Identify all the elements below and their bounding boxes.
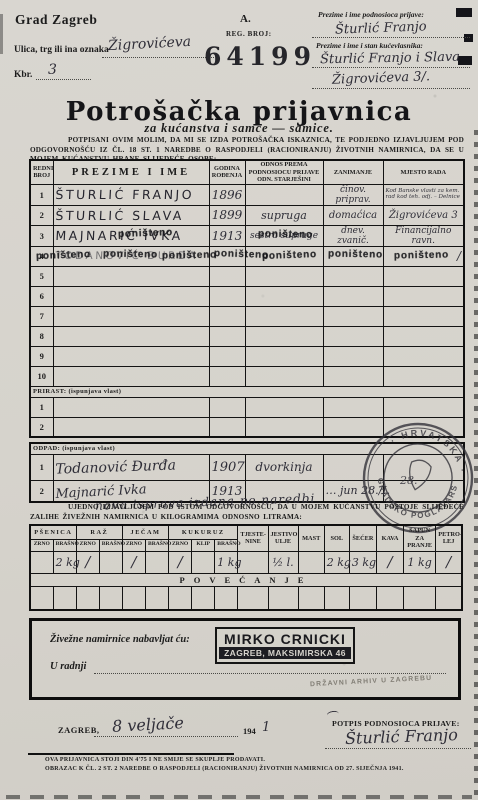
sub-brasno: BRAŠNO xyxy=(53,539,76,551)
supply-value xyxy=(30,551,53,573)
increase-row: POVEĆANJE xyxy=(30,573,462,586)
col-secer: ŠEĆER xyxy=(349,525,376,551)
dotted-line xyxy=(102,57,214,58)
supply-value: 2 kg xyxy=(324,551,349,573)
supply-value xyxy=(99,551,122,573)
row-number: 2 xyxy=(30,480,53,502)
empty-cell xyxy=(245,366,323,386)
empty-cell xyxy=(323,286,383,306)
row-number: 7 xyxy=(30,306,53,326)
row-number: 8 xyxy=(30,326,53,346)
persons-table: REDNI BROJ PREZIME I IME GODINA ROĐENJA … xyxy=(29,159,465,438)
owner-name-handwriting: Šturlić Franjo i Slava xyxy=(320,50,460,67)
table-row: 7 xyxy=(30,306,464,326)
supply-value: 1 kg xyxy=(215,551,238,573)
pen-mark xyxy=(327,710,340,719)
col-tjestenine: TJESTE-NINE xyxy=(238,525,268,551)
empty-cell xyxy=(245,306,323,326)
retailer-rubber-stamp: MIRKO CRNICKI ZAGREB, MAKSIMIRSKA 46 xyxy=(215,627,355,664)
dotted-line xyxy=(94,736,238,737)
row-number: 9 xyxy=(30,346,53,366)
occupation: činov. priprav. xyxy=(323,184,383,205)
relation xyxy=(245,184,323,205)
shop-label: U radnji xyxy=(50,661,86,672)
col-sapun: SAPUN ZA PRANJE xyxy=(404,525,436,551)
empty-cell xyxy=(349,586,376,610)
street-value-handwriting: Žigrovićeva xyxy=(108,34,192,54)
workplace: Financijalno ravn. xyxy=(383,225,464,246)
cancellation-stamp: poništeno xyxy=(103,249,158,261)
row-number: 1 xyxy=(30,184,53,205)
empty-cell xyxy=(209,306,245,326)
empty-cell xyxy=(209,417,245,437)
empty-cell xyxy=(30,586,53,610)
table-row: 8 xyxy=(30,326,464,346)
empty-cell xyxy=(245,266,323,286)
supply-value: / xyxy=(376,551,403,573)
col-header-year: GODINA ROĐENJA xyxy=(209,160,245,184)
table-row: 1 ŠTURLIĆ FRANJO 1896 činov. priprav. Ko… xyxy=(30,184,464,205)
dotted-line xyxy=(94,673,446,674)
person-name: ŠTURLIĆ FRANJO xyxy=(52,184,209,205)
footnote-regulation: OBRAZAC K ČL. 2 ST. 2 NAREDBE O RASPODJE… xyxy=(45,766,404,772)
empty-cell xyxy=(238,586,268,610)
birth-year: 1896 xyxy=(209,184,245,205)
empty-cell xyxy=(324,586,349,610)
house-number-handwriting: 3 xyxy=(48,62,57,78)
empty-cell xyxy=(383,397,464,417)
workplace: Žigrovićeva 3 xyxy=(383,205,464,225)
dotted-line xyxy=(312,67,470,68)
empty-cell xyxy=(209,346,245,366)
row-number: 6 xyxy=(30,286,53,306)
cancellation-stamp: poništeno xyxy=(394,250,449,262)
empty-cell xyxy=(209,286,245,306)
empty-cell xyxy=(53,366,209,386)
city-name: Grad Zagreb xyxy=(15,12,97,28)
cancellation-stamp: poništeno xyxy=(258,229,313,241)
col-mast: MAST xyxy=(298,525,324,551)
empty-cell xyxy=(76,586,99,610)
empty-cell xyxy=(169,586,192,610)
empty-cell xyxy=(53,586,76,610)
empty-cell xyxy=(298,586,324,610)
empty-cell xyxy=(376,586,403,610)
persons-header-row: REDNI BROJ PREZIME I IME GODINA ROĐENJA … xyxy=(30,160,464,184)
retailer-box: Živežne namirnice nabavljat ću: U radnji… xyxy=(29,618,461,700)
occupation: dnev. zvanič. xyxy=(323,225,383,246)
group-jecam: JEČAM xyxy=(122,525,168,539)
sub-zrno: ZRNO xyxy=(169,539,192,551)
empty-cell xyxy=(53,397,209,417)
workplace: Kod Banske vlasti za kem. rad kod teh. o… xyxy=(383,184,464,205)
supplies-table: PŠENICA RAŽ JEČAM KUKURUZ TJESTE-NINE JE… xyxy=(29,524,463,611)
reg-number-label: REG. BROJ: xyxy=(226,30,272,38)
row-number: 5 xyxy=(30,266,53,286)
dotted-line xyxy=(36,79,91,80)
retailer-name: MIRKO CRNICKI xyxy=(219,631,351,647)
owner-name-label: Prezime i ime i stan kućevlasnika: xyxy=(316,41,423,50)
group-kukuruz: KUKURUZ xyxy=(169,525,238,539)
signature-handwriting: Šturlić Franjo xyxy=(345,725,458,748)
supplies-declaration: UJEDNO IZJAVLJUJEM POD ISTOM ODGOVORNOŠĆ… xyxy=(30,503,464,522)
empty-cell xyxy=(436,586,462,610)
increase-label: POVEĆANJE xyxy=(30,573,462,586)
empty-cell xyxy=(383,266,464,286)
row-number: 3 xyxy=(30,225,53,246)
relation: supruga xyxy=(245,205,323,225)
col-header-workplace: MJESTO RADA xyxy=(383,160,464,184)
supply-value xyxy=(298,551,324,573)
sub-brasno: BRAŠNO xyxy=(145,539,168,551)
sub-brasno: BRAŠNO xyxy=(215,539,238,551)
empty-cell xyxy=(122,586,145,610)
supply-value: / xyxy=(122,551,145,573)
empty-cell xyxy=(53,417,209,437)
empty-cell xyxy=(323,397,383,417)
sub-klip: KLIP xyxy=(192,539,215,551)
empty-cell xyxy=(245,286,323,306)
empty-cell xyxy=(323,306,383,326)
cancellation-stamp: poništeno xyxy=(118,227,173,240)
empty-cell xyxy=(145,586,168,610)
col-header-num: REDNI BROJ xyxy=(30,160,53,184)
empty-cell xyxy=(245,346,323,366)
scan-artifact-box xyxy=(464,34,473,42)
empty-cell xyxy=(99,586,122,610)
empty-cell xyxy=(53,266,209,286)
empty-cell xyxy=(245,417,323,437)
empty-cell xyxy=(383,286,464,306)
empty-cell xyxy=(323,366,383,386)
empty-cell xyxy=(53,306,209,326)
owner-address-handwriting: Žigrovićeva 3/. xyxy=(332,69,431,87)
col-header-relation: ODNOS PREMA PODNOSIOCU PRIJAVE ODN. STAR… xyxy=(245,160,323,184)
empty-cell xyxy=(53,286,209,306)
year-printed: 194 xyxy=(243,726,256,736)
empty-cell xyxy=(383,346,464,366)
row-number: 1 xyxy=(30,397,53,417)
supplies-empty-row xyxy=(30,586,462,610)
odpad-note: dvorkinja xyxy=(245,454,323,480)
table-row: 3 MAJNARIĆ IVKA 1913 sestra supruge dnev… xyxy=(30,225,464,246)
group-psenica: PŠENICA xyxy=(30,525,76,539)
supply-value: 2 kg xyxy=(53,551,76,573)
col-header-name: PREZIME I IME xyxy=(53,160,209,184)
sub-zrno: ZRNO xyxy=(76,539,99,551)
place-label: ZAGREB, xyxy=(58,725,100,735)
empty-cell xyxy=(383,326,464,346)
table-row: 1 xyxy=(30,397,464,417)
empty-cell xyxy=(209,266,245,286)
table-row: 2 ŠTURLIĆ SLAVA 1899 supruga domaćica Ži… xyxy=(30,205,464,225)
odpad-year: 1907 xyxy=(209,454,245,480)
empty-cell xyxy=(404,586,436,610)
footnote-price: OVA PRIJAVNICA STOJI DIN 4'75 I NE SMIJE… xyxy=(45,757,265,763)
supply-value xyxy=(238,551,268,573)
col-petrolej: PETRO-LEJ xyxy=(436,525,462,551)
cancellation-stamp: poništeno xyxy=(262,249,317,262)
sub-brasno: BRAŠNO xyxy=(99,539,122,551)
scan-artifact-box xyxy=(456,8,472,17)
supplies-group-header-row: PŠENICA RAŽ JEČAM KUKURUZ TJESTE-NINE JE… xyxy=(30,525,462,539)
sub-zrno: ZRNO xyxy=(30,539,53,551)
row-number: 2 xyxy=(30,205,53,225)
birth-year: 1913 xyxy=(209,225,245,246)
empty-cell xyxy=(215,586,238,610)
form-letter: A. xyxy=(240,13,251,25)
archive-stamp: DRŽAVNI ARHIV U ZAGREBU xyxy=(310,675,433,688)
footnote-rule xyxy=(28,753,234,755)
birth-year: 1899 xyxy=(209,205,245,225)
retailer-intro: Živežne namirnice nabavljat ću: xyxy=(50,634,190,645)
col-sol: SOL xyxy=(324,525,349,551)
supply-value xyxy=(145,551,168,573)
col-kava: KAVA xyxy=(376,525,403,551)
dotted-line xyxy=(325,748,471,749)
empty-cell xyxy=(209,326,245,346)
empty-cell xyxy=(209,366,245,386)
empty-cell xyxy=(383,366,464,386)
table-row: 10 xyxy=(30,366,464,386)
prirast-section-row: PRIRAST: (ispunjava vlast) xyxy=(30,386,464,397)
empty-cell xyxy=(323,266,383,286)
dotted-line xyxy=(312,88,470,89)
applicant-name-label: Prezime i ime podnosioca prijave: xyxy=(318,10,424,19)
empty-cell xyxy=(53,346,209,366)
stamp-center-handwriting: 28. xyxy=(399,474,418,487)
empty-cell xyxy=(53,326,209,346)
form-subtitle: za kućanstva i samce — samice. xyxy=(0,121,478,136)
empty-cell xyxy=(192,586,215,610)
scan-edge-artifact xyxy=(6,795,472,799)
cancellation-stamp: poništeno xyxy=(162,250,217,262)
empty-cell xyxy=(383,306,464,326)
house-number-label: Kbr. xyxy=(14,70,32,80)
supplies-values-row: 2 kg / / / 1 kg ½ l. 2 kg 3 kg / 1 kg / xyxy=(30,551,462,573)
cancellation-stamp: poništeno xyxy=(36,249,91,262)
supply-value: / xyxy=(436,551,462,573)
supply-value: ½ l. xyxy=(268,551,298,573)
supply-value: 1 kg xyxy=(404,551,436,573)
empty-cell xyxy=(209,397,245,417)
reg-number-stamped: 64199 xyxy=(204,42,316,71)
supply-value: / xyxy=(169,551,192,573)
col-header-occupation: ZANIMANJE xyxy=(323,160,383,184)
sub-zrno: ZRNO xyxy=(122,539,145,551)
scanned-form-page: Grad Zagreb Ulica, trg ili ina oznaka Ži… xyxy=(0,0,478,800)
col-jestivo-ulje: JESTIVO ULJE xyxy=(268,525,298,551)
empty-cell xyxy=(268,586,298,610)
year-handwriting: 1 xyxy=(262,720,270,735)
row-number: 1 xyxy=(30,454,53,480)
empty-cell xyxy=(323,346,383,366)
prirast-label: PRIRAST: (ispunjava vlast) xyxy=(30,386,464,397)
street-label: Ulica, trg ili ina oznaka xyxy=(14,45,109,55)
empty-cell xyxy=(245,326,323,346)
date-handwriting: 8 veljače xyxy=(112,713,185,736)
occupation: domaćica xyxy=(323,205,383,225)
applicant-name-handwriting: Šturlić Franjo xyxy=(335,19,427,37)
table-row: 5 xyxy=(30,266,464,286)
supply-value: 3 kg xyxy=(349,551,376,573)
empty-cell xyxy=(245,397,323,417)
row-number: 10 xyxy=(30,366,53,386)
scan-edge-artifact xyxy=(0,14,3,54)
row-number: 2 xyxy=(30,417,53,437)
supply-value xyxy=(192,551,215,573)
empty-cell xyxy=(323,326,383,346)
group-raz: RAŽ xyxy=(76,525,122,539)
dotted-line xyxy=(312,37,470,38)
table-row: 6 xyxy=(30,286,464,306)
cancellation-stamp: poništeno xyxy=(328,249,383,261)
table-row: 9 xyxy=(30,346,464,366)
person-name: ŠTURLIĆ SLAVA xyxy=(52,205,209,225)
retailer-address: ZAGREB, MAKSIMIRSKA 46 xyxy=(219,647,351,659)
